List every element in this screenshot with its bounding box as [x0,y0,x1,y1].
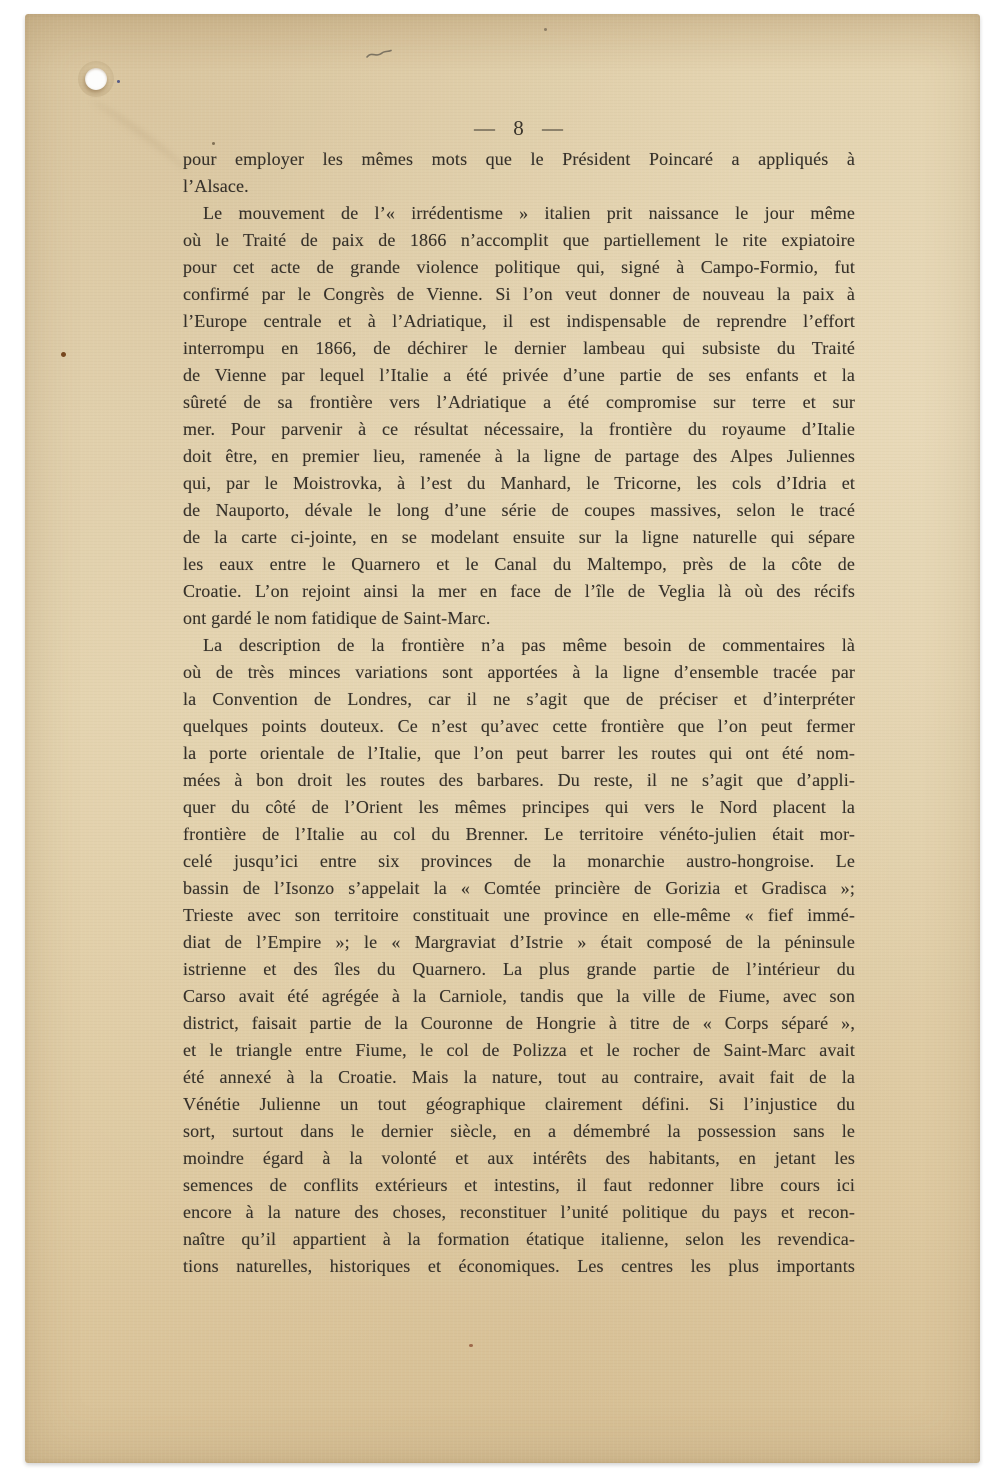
text-line: l’Alsace. [183,173,855,200]
paper-speck [469,1344,473,1347]
text-line: de la carte ci-jointe, en se modelant en… [183,524,855,551]
text-line: Carso avait été agrégée à la Carniole, t… [183,983,855,1010]
paper-speck [117,80,120,83]
text-line: doit être, en premier lieu, ramenée à la… [183,443,855,470]
text-line: district, faisait partie de la Couronne … [183,1010,855,1037]
text-line: confirmé par le Congrès de Vienne. Si l’… [183,281,855,308]
page-number: — 8 — [183,114,855,142]
text-line: bassin de l’Isonzo s’appelait la « Comté… [183,875,855,902]
ink-squiggle-mark [365,47,393,61]
text-line: la porte orientale de l’Italie, que l’on… [183,740,855,767]
text-line: semences de conflits extérieurs et intes… [183,1172,855,1199]
text-line: quelques points douteux. Ce n’est qu’ave… [183,713,855,740]
text-line: de Vienne par lequel l’Italie a été priv… [183,362,855,389]
text-line: et le triangle entre Fiume, le col de Po… [183,1037,855,1064]
text-line: de Nauporto, dévale le long d’une série … [183,497,855,524]
text-line: l’Europe centrale et à l’Adriatique, il … [183,308,855,335]
text-line: naître qu’il appartient à la formation é… [183,1226,855,1253]
paper-crease [88,96,192,176]
text-line: mer. Pour parvenir à ce résultat nécessa… [183,416,855,443]
paper-speck [61,352,66,357]
text-line: Croatie. L’on rejoint ainsi la mer en fa… [183,578,855,605]
text-line: La description de la frontière n’a pas m… [183,632,855,659]
punch-hole [85,68,107,90]
document-page: — 8 — pour employer les mêmes mots que l… [25,14,980,1463]
text-line: Vénétie Julienne un tout géographique cl… [183,1091,855,1118]
text-line: où de très minces variations sont apport… [183,659,855,686]
paper-speck [212,142,215,145]
text-line: mées à bon droit les routes des barbares… [183,767,855,794]
text-line: celé jusqu’ici entre six provinces de la… [183,848,855,875]
text-line: istrienne et des îles du Quarnero. La pl… [183,956,855,983]
text-line: tions naturelles, historiques et économi… [183,1253,855,1280]
text-line: Le mouvement de l’« irrédentisme » itali… [183,200,855,227]
text-line: quer du côté de l’Orient les mêmes princ… [183,794,855,821]
text-block: pour employer les mêmes mots que le Prés… [183,146,855,1280]
text-line: ont gardé le nom fatidique de Saint-Marc… [183,605,855,632]
text-line: pour employer les mêmes mots que le Prés… [183,146,855,173]
text-line: encore à la nature des choses, reconstit… [183,1199,855,1226]
text-line: diat de l’Empire »; le « Margraviat d’Is… [183,929,855,956]
text-line: moindre égard à la volonté et aux intérê… [183,1145,855,1172]
text-line: qui, par le Moistrovka, à l’est du Manha… [183,470,855,497]
paper-speck [544,28,547,31]
text-line: les eaux entre le Quarnero et le Canal d… [183,551,855,578]
text-line: où le Traité de paix de 1866 n’accomplit… [183,227,855,254]
text-line: pour cet acte de grande violence politiq… [183,254,855,281]
text-line: Trieste avec son territoire constituait … [183,902,855,929]
text-line: sort, surtout dans le dernier siècle, en… [183,1118,855,1145]
text-line: interrompu en 1866, de déchirer le derni… [183,335,855,362]
text-line: été annexé à la Croatie. Mais la nature,… [183,1064,855,1091]
scan-background: — 8 — pour employer les mêmes mots que l… [0,0,1000,1482]
text-line: sûreté de sa frontière vers l’Adriatique… [183,389,855,416]
text-line: la Convention de Londres, car il ne s’ag… [183,686,855,713]
text-line: frontière de l’Italie au col du Brenner.… [183,821,855,848]
